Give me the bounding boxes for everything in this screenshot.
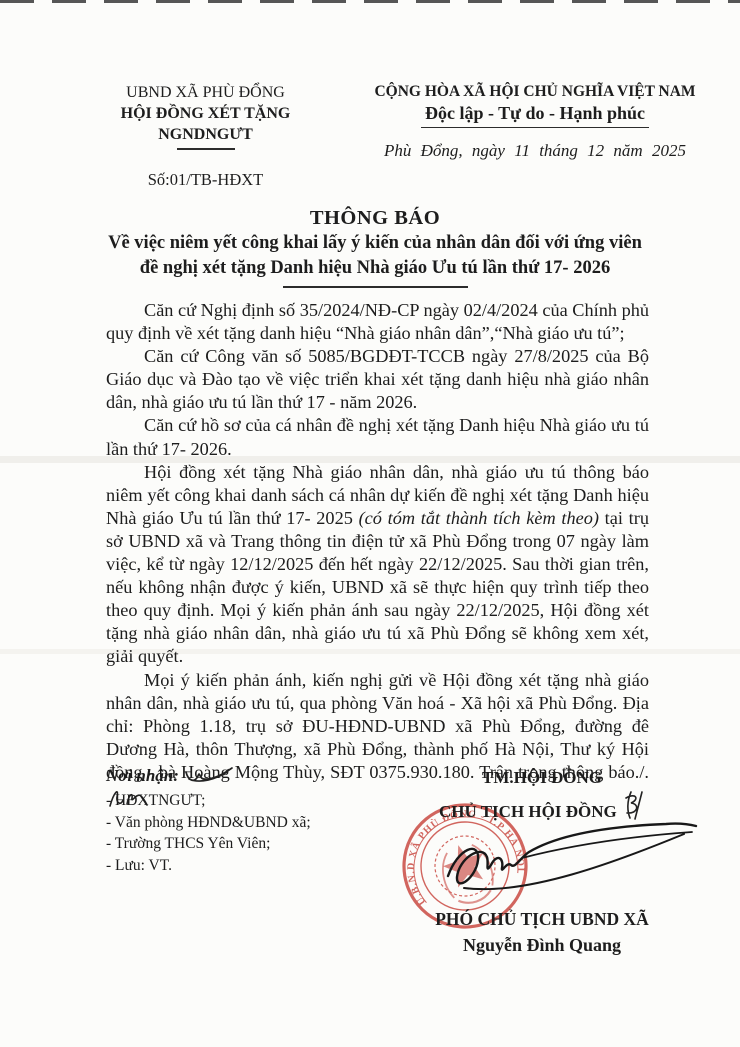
paragraph-basis-1: Căn cứ Nghị định số 35/2024/NĐ-CP ngày 0…	[106, 299, 649, 345]
document-page: UBND XÃ PHÙ ĐỔNG HỘI ĐỒNG XÉT TẶNG NGNDN…	[0, 0, 740, 1047]
document-subtitle-line2: đề nghị xét tặng Danh hiệu Nhà giáo Ưu t…	[70, 256, 680, 281]
scan-artifact-top-edge	[0, 0, 740, 3]
handwritten-check-mark	[184, 766, 234, 786]
italic-note: (có tóm tắt thành tích kèm theo)	[359, 508, 599, 528]
issuing-agency-block: UBND XÃ PHÙ ĐỔNG HỘI ĐỒNG XÉT TẶNG NGNDN…	[88, 82, 323, 190]
paragraph-announcement: Hội đồng xét tặng Nhà giáo nhân dân, nhà…	[106, 461, 649, 669]
signer-name: Nguyễn Đình Quang	[392, 933, 692, 957]
document-subtitle-line1: Về việc niêm yết công khai lấy ý kiến củ…	[70, 231, 680, 256]
handwritten-signature	[426, 800, 704, 904]
recipient-item: - HĐXTNGƯT;	[106, 790, 311, 812]
place-and-date: Phù Đổng, ngày 11 tháng 12 năm 2025	[352, 141, 718, 161]
recipients-block: Nơi nhận: - HĐXTNGƯT; - Văn phòng HĐND&U…	[106, 766, 311, 876]
recipient-item: - Lưu: VT.	[106, 855, 311, 877]
title-underline	[283, 286, 468, 288]
recipient-item: - Văn phòng HĐND&UBND xã;	[106, 812, 311, 834]
document-title-block: THÔNG BÁO Về việc niêm yết công khai lấy…	[70, 205, 680, 288]
document-title: THÔNG BÁO	[70, 205, 680, 231]
agency-name-line1: HỘI ĐỒNG XÉT TẶNG	[88, 103, 323, 124]
signer-position: PHÓ CHỦ TỊCH UBND XÃ	[392, 907, 692, 931]
on-behalf-line: TM.HỘI ĐỒNG	[392, 766, 692, 789]
recipients-label: Nơi nhận:	[106, 766, 179, 785]
agency-underline	[177, 148, 235, 150]
national-motto-line1: CỘNG HÒA XÃ HỘI CHỦ NGHĨA VIỆT NAM	[352, 82, 718, 102]
national-motto-line2: Độc lập - Tự do - Hạnh phúc	[421, 102, 649, 128]
recipients-list: - HĐXTNGƯT; - Văn phòng HĐND&UBND xã; - …	[106, 790, 311, 876]
agency-name-line2: NGNDNGƯT	[88, 124, 323, 145]
document-number: Số:01/TB-HĐXT	[88, 169, 323, 190]
paragraph-basis-2: Căn cứ Công văn số 5085/BGDĐT-TCCB ngày …	[106, 345, 649, 414]
recipient-item: - Trường THCS Yên Viên;	[106, 833, 311, 855]
agency-parent: UBND XÃ PHÙ ĐỔNG	[88, 82, 323, 103]
national-header-block: CỘNG HÒA XÃ HỘI CHỦ NGHĨA VIỆT NAM Độc l…	[352, 82, 718, 161]
document-body: Căn cứ Nghị định số 35/2024/NĐ-CP ngày 0…	[106, 299, 649, 812]
paragraph-basis-3: Căn cứ hồ sơ của cá nhân đề nghị xét tặn…	[106, 414, 649, 460]
